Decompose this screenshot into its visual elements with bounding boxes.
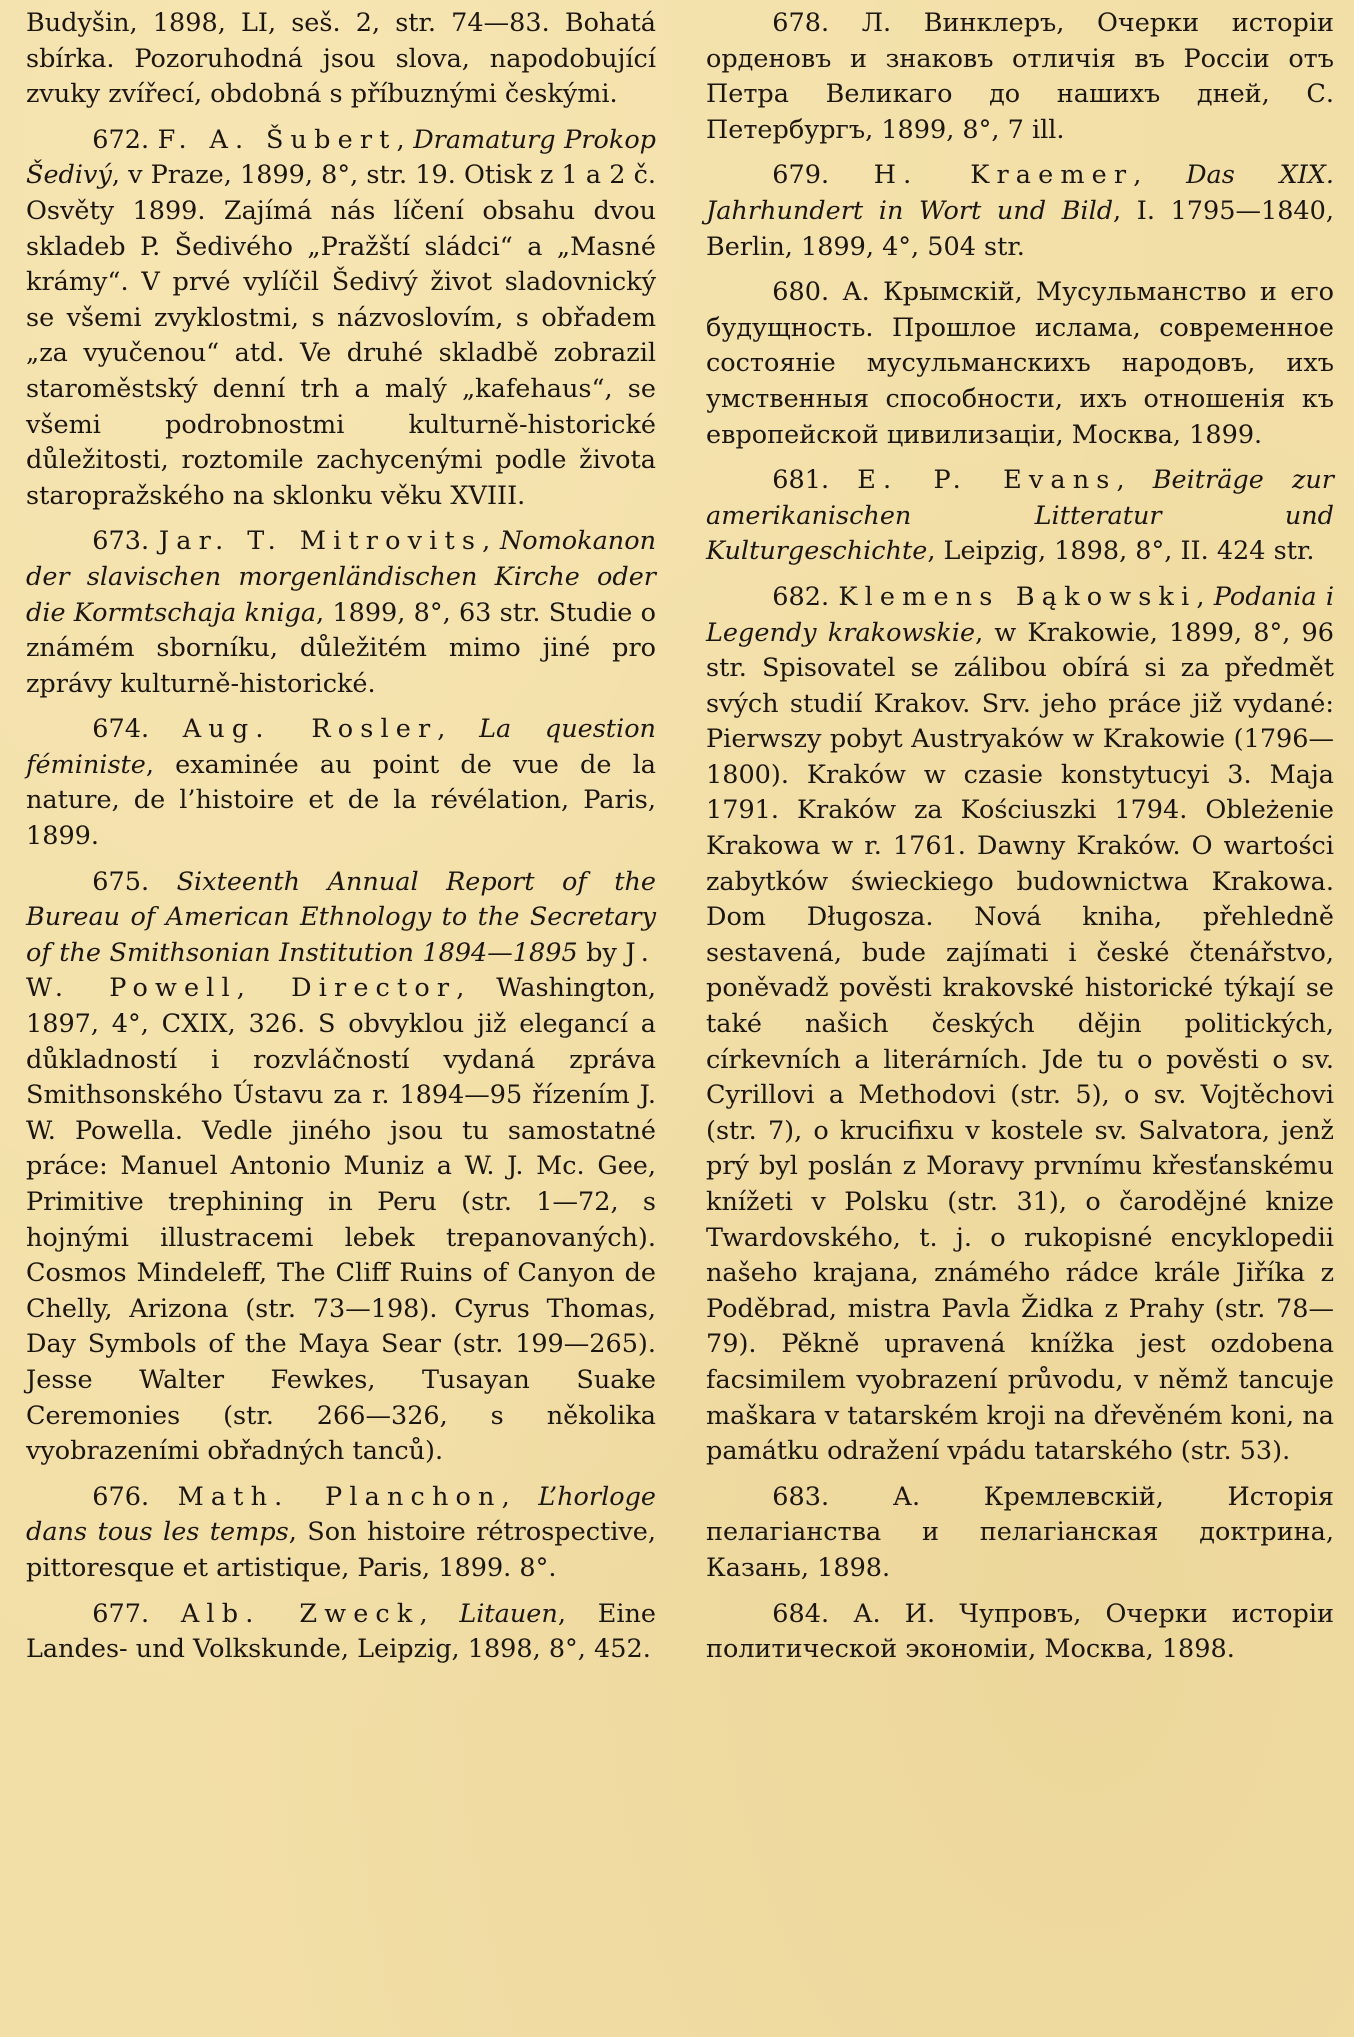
entry-number: 673. bbox=[92, 526, 149, 556]
entry-author: Jar. T. Mitrovits bbox=[159, 526, 482, 556]
entry-author: F. A. Šubert bbox=[158, 125, 397, 155]
entry-author: H. Kraemer bbox=[874, 160, 1133, 190]
continued-paragraph: Budyšin, 1898, LI, seš. 2, str. 74—83. B… bbox=[26, 6, 656, 113]
entry-text: , Leipzig, 1898, 8°, II. 424 str. bbox=[927, 536, 1314, 566]
entry-by: by bbox=[578, 938, 626, 968]
entry-number: 675. bbox=[92, 867, 149, 897]
entry-675: 675. Sixteenth Annual Report of the Bure… bbox=[26, 865, 656, 1470]
entry-author: Math. Planchon bbox=[178, 1482, 502, 1512]
entry-author: Klemens Bąkowski bbox=[838, 582, 1196, 612]
entry-676: 676. Math. Planchon, L’horloge dans tous… bbox=[26, 1480, 656, 1587]
entry-number: 684. bbox=[772, 1599, 829, 1629]
entry-number: 680. bbox=[772, 277, 829, 307]
entry-677: 677. Alb. Zweck, Litauen, Eine Landes- u… bbox=[26, 1597, 656, 1668]
sep: , bbox=[482, 526, 500, 556]
entry-number: 679. bbox=[772, 160, 829, 190]
entry-673: 673. Jar. T. Mitrovits, Nomokanon der sl… bbox=[26, 524, 656, 702]
entry-author: Alb. Zweck bbox=[181, 1599, 420, 1629]
sep: , bbox=[1117, 465, 1153, 495]
entry-title: Litauen bbox=[459, 1599, 557, 1629]
sep: , bbox=[502, 1482, 539, 1512]
entry-number: 678. bbox=[772, 8, 829, 38]
sep: , bbox=[397, 125, 414, 155]
entry-number: 674. bbox=[92, 714, 149, 744]
entry-text: , v Praze, 1899, 8°, str. 19. Otisk z 1 … bbox=[26, 160, 656, 510]
left-column: Budyšin, 1898, LI, seš. 2, str. 74—83. B… bbox=[26, 6, 656, 2037]
entry-674: 674. Aug. Rosler, La question féministe,… bbox=[26, 712, 656, 854]
entry-678: 678. Л. Винклеръ, Очерки исторіи орденов… bbox=[706, 6, 1334, 148]
sep: , bbox=[419, 1599, 459, 1629]
entry-text: , Washington, 1897, 4°, CXIX, 326. S obv… bbox=[26, 973, 656, 1466]
entry-683: 683. А. Кремлевскій, Исторія пелагіанств… bbox=[706, 1480, 1334, 1587]
entry-680: 680. А. Крымскій, Мусульманство и его бу… bbox=[706, 275, 1334, 453]
document-page: Budyšin, 1898, LI, seš. 2, str. 74—83. B… bbox=[0, 0, 1354, 2037]
entry-number: 672. bbox=[92, 125, 149, 155]
entry-author: Aug. Rosler bbox=[183, 714, 438, 744]
right-column: 678. Л. Винклеръ, Очерки исторіи орденов… bbox=[706, 6, 1334, 2037]
entry-684: 684. А. И. Чупровъ, Очерки исторіи полит… bbox=[706, 1597, 1334, 1668]
entry-text: , w Krakowie, 1899, 8°, 96 str. Spisovat… bbox=[706, 618, 1334, 1467]
sep: , bbox=[1133, 160, 1186, 190]
sep: , bbox=[437, 714, 479, 744]
entry-number: 683. bbox=[772, 1482, 829, 1512]
entry-672: 672. F. A. Šubert, Dramaturg Prokop Šedi… bbox=[26, 123, 656, 515]
entry-681: 681. E. P. Evans, Beiträge zur amerikani… bbox=[706, 463, 1334, 570]
entry-number: 676. bbox=[92, 1482, 149, 1512]
entry-author: E. P. Evans bbox=[857, 465, 1116, 495]
entry-682: 682. Klemens Bąkowski, Podania i Legendy… bbox=[706, 580, 1334, 1470]
entry-number: 682. bbox=[772, 582, 829, 612]
entry-number: 677. bbox=[92, 1599, 149, 1629]
sep: , bbox=[1196, 582, 1213, 612]
entry-679: 679. H. Kraemer, Das XIX. Jahrhundert in… bbox=[706, 158, 1334, 265]
entry-number: 681. bbox=[772, 465, 829, 495]
